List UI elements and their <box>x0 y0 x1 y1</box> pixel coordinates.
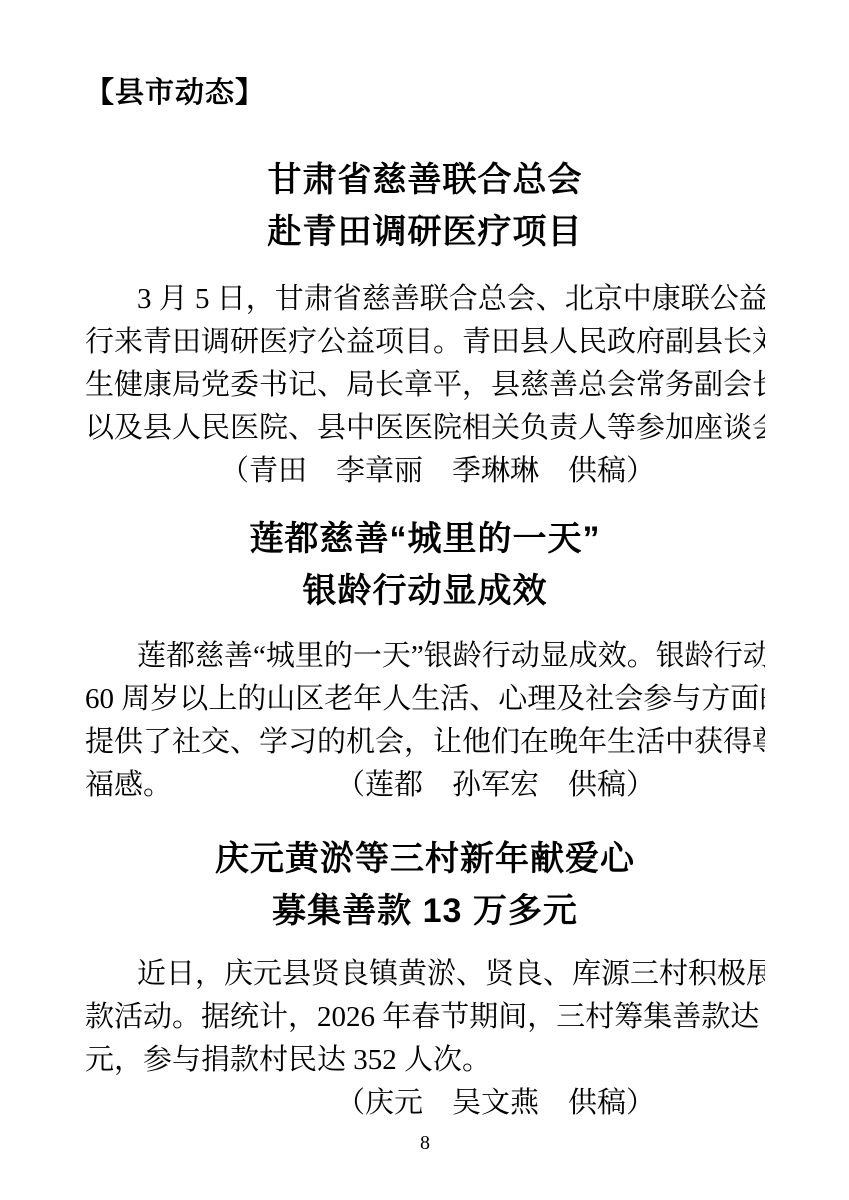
body-line: 款活动。据统计，2026 年春节期间，三村筹集善款达 131939.66 <box>85 996 765 1039</box>
article-3-byline: （庆元 吴文燕 供稿） <box>85 1082 765 1125</box>
article-3-body: 近日，庆元县贤良镇黄淤、贤良、库源三村积极展开爱心捐 款活动。据统计，2026 … <box>85 953 765 1125</box>
article-1-body: 3 月 5 日，甘肃省慈善联合总会、北京中康联公益基金会一 行来青田调研医疗公益… <box>85 278 765 493</box>
page-number: 8 <box>85 1129 765 1157</box>
article-3-title-line-1: 庆元黄淤等三村新年献爱心 <box>85 833 765 885</box>
body-line: 以及县人民医院、县中医医院相关负责人等参加座谈会。 <box>85 407 765 450</box>
body-line: 3 月 5 日，甘肃省慈善联合总会、北京中康联公益基金会一 <box>85 278 765 321</box>
body-line: 元，参与捐款村民达 352 人次。 <box>85 1039 765 1082</box>
article-1-title-line-1: 甘肃省慈善联合总会 <box>85 154 765 206</box>
article-gansu-qingtian: 甘肃省慈善联合总会 赴青田调研医疗项目 3 月 5 日，甘肃省慈善联合总会、北京… <box>85 154 765 493</box>
body-line: 提供了社交、学习的机会，让他们在晚年生活中获得尊重感与幸 <box>85 721 765 764</box>
article-1-title: 甘肃省慈善联合总会 赴青田调研医疗项目 <box>85 154 765 258</box>
article-2-title: 莲都慈善“城里的一天” 银龄行动显成效 <box>85 513 765 617</box>
document-page: 【县市动态】 甘肃省慈善联合总会 赴青田调研医疗项目 3 月 5 日，甘肃省慈善… <box>0 0 849 1200</box>
article-3-title: 庆元黄淤等三村新年献爱心 募集善款 13 万多元 <box>85 833 765 937</box>
article-1-title-line-2: 赴青田调研医疗项目 <box>85 206 765 258</box>
body-line: 莲都慈善“城里的一天”银龄行动显成效。银龄行动满足了 <box>85 635 765 678</box>
article-3-title-line-2: 募集善款 13 万多元 <box>85 885 765 937</box>
article-1-byline: （青田 李章丽 季琳琳 供稿） <box>85 450 765 493</box>
body-line: 60 周岁以上的山区老年人生活、心理及社会参与方面的需求。 <box>85 678 765 721</box>
body-line-with-byline: 福感。 （莲都 孙军宏 供稿） <box>85 764 765 807</box>
article-liandu-yinling: 莲都慈善“城里的一天” 银龄行动显成效 莲都慈善“城里的一天”银龄行动显成效。银… <box>85 513 765 807</box>
article-2-byline: （莲都 孙军宏 供稿） <box>336 764 655 807</box>
body-line: 行来青田调研医疗公益项目。青田县人民政府副县长刘健，县卫 <box>85 321 765 364</box>
body-line: 近日，庆元县贤良镇黄淤、贤良、库源三村积极展开爱心捐 <box>85 953 765 996</box>
body-line-fragment: 福感。 <box>85 764 172 807</box>
body-line: 生健康局党委书记、局长章平，县慈善总会常务副会长应苏伟， <box>85 364 765 407</box>
article-2-title-line-1: 莲都慈善“城里的一天” <box>85 513 765 565</box>
article-qingyuan-donation: 庆元黄淤等三村新年献爱心 募集善款 13 万多元 近日，庆元县贤良镇黄淤、贤良、… <box>85 833 765 1125</box>
article-2-title-line-2: 银龄行动显成效 <box>85 565 765 617</box>
article-2-body: 莲都慈善“城里的一天”银龄行动显成效。银龄行动满足了 60 周岁以上的山区老年人… <box>85 635 765 807</box>
section-header: 【县市动态】 <box>85 76 765 110</box>
